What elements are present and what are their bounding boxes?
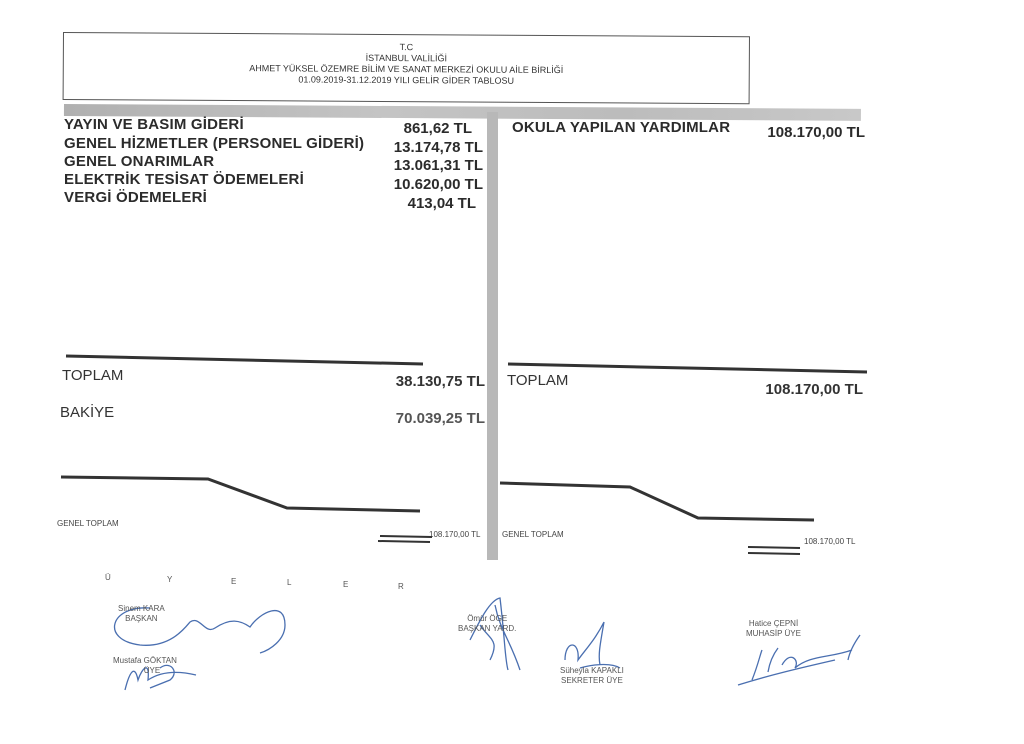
signatory-hatice-cepni: Hatice ÇEPNİ MUHASİP ÜYE xyxy=(746,619,801,639)
signatory-role: BAŞKAN xyxy=(118,614,165,624)
signatory-omur-oge: Ömür ÖGE BAŞKAN YARD. xyxy=(458,614,516,634)
income-double-rule-2 xyxy=(748,553,800,554)
signatory-name: Mustafa GÖKTAN xyxy=(113,656,177,666)
signatory-name: Hatice ÇEPNİ xyxy=(746,619,801,629)
signature-omur-oge xyxy=(470,598,520,670)
signature-suheyla-kapakli xyxy=(565,622,620,668)
income-closing-line xyxy=(500,483,814,520)
members-letter: Y xyxy=(167,575,172,584)
signatory-name: Ömür ÖGE xyxy=(458,614,516,624)
expense-double-rule-1 xyxy=(380,536,432,537)
signatory-role: SEKRETER ÜYE xyxy=(560,676,624,686)
members-letter: E xyxy=(231,577,236,586)
signatory-name: Sinem KARA xyxy=(118,604,165,614)
signatory-role: MUHASİP ÜYE xyxy=(746,629,801,639)
members-letter: L xyxy=(287,578,291,587)
signatory-role: BAŞKAN YARD. xyxy=(458,624,516,634)
income-double-rule-1 xyxy=(748,547,800,548)
signature-strokes xyxy=(115,598,860,690)
expense-closing-line xyxy=(61,477,420,511)
signatory-mustafa-goktan: Mustafa GÖKTAN ÜYE xyxy=(113,656,177,676)
signatory-sinem-kara: Sinem KARA BAŞKAN xyxy=(118,604,165,624)
members-letter: E xyxy=(343,580,348,589)
signatory-suheyla-kapakli: Süheyla KAPAKLI SEKRETER ÜYE xyxy=(560,666,624,686)
members-letter: R xyxy=(398,582,404,591)
signatory-name: Süheyla KAPAKLI xyxy=(560,666,624,676)
expense-double-rule-2 xyxy=(378,541,430,542)
signature-hatice-cepni xyxy=(738,635,860,685)
income-total-rule xyxy=(508,364,867,372)
signatory-role: ÜYE xyxy=(127,666,177,676)
members-letter: Ü xyxy=(105,573,111,582)
expense-total-rule xyxy=(66,356,423,364)
